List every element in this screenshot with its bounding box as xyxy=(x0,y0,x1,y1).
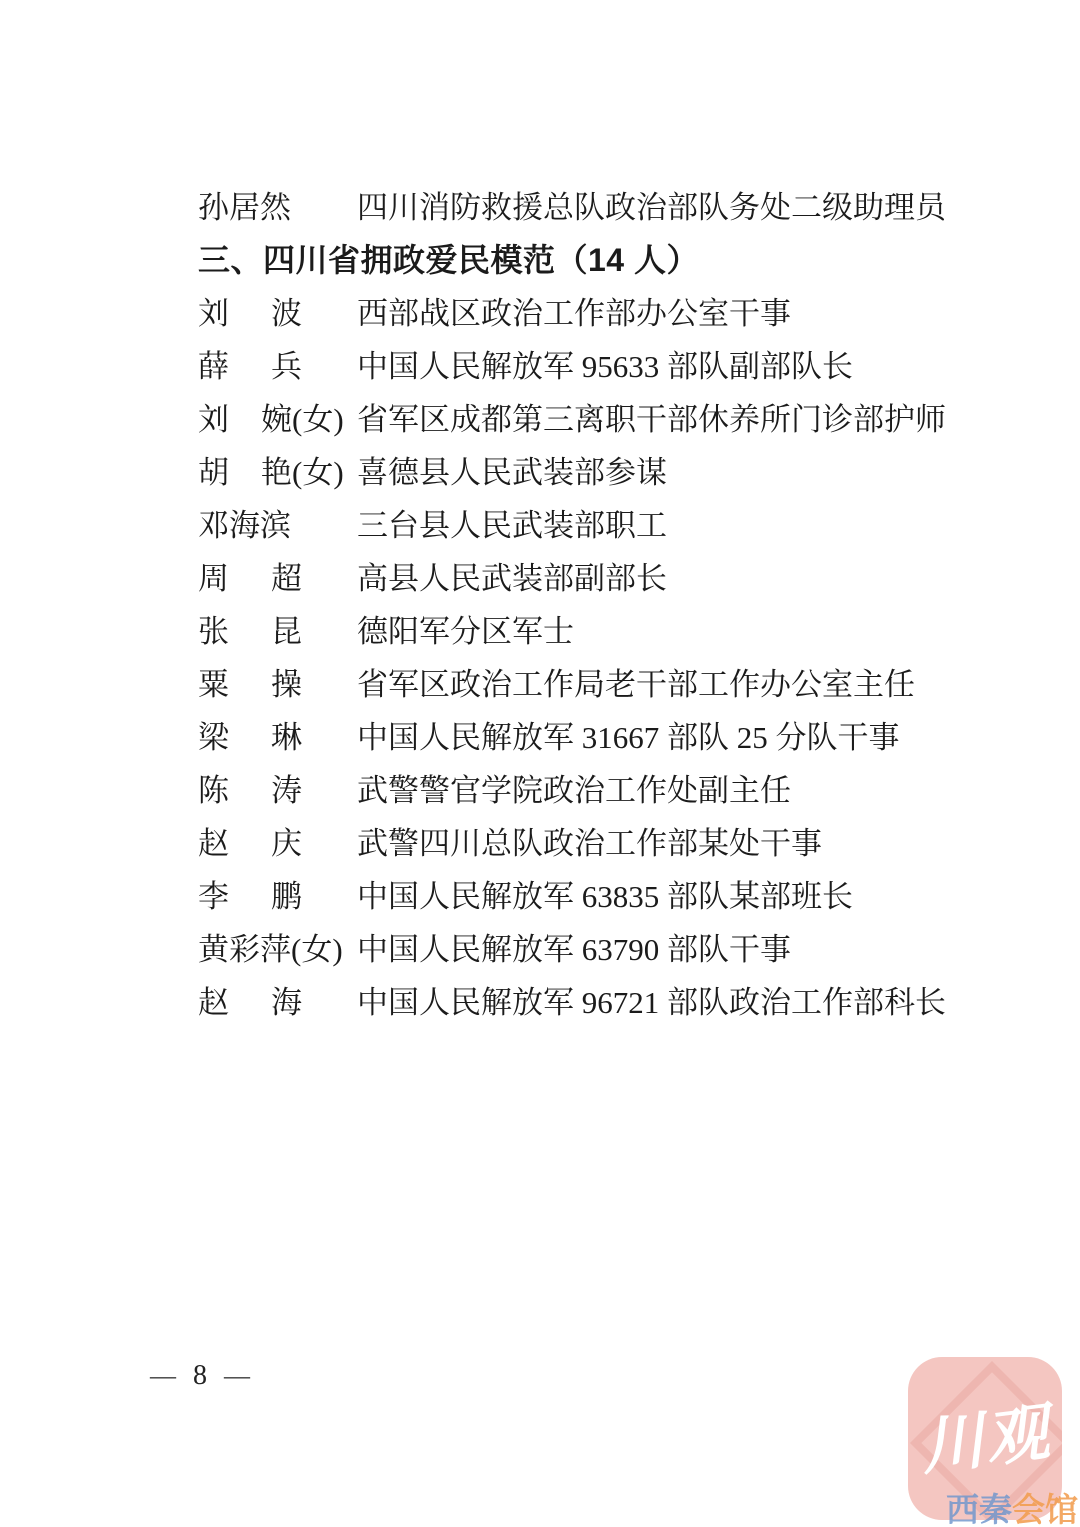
gender-note: (女) xyxy=(292,447,344,492)
person-name: 胡 艳 xyxy=(198,447,292,492)
section-heading-text: 三、四川省拥政爱民模范（14 人） xyxy=(198,235,699,281)
person-title: 中国人民解放军 95633 部队副部队长 xyxy=(357,341,853,386)
footer-dash-right: — xyxy=(224,1361,250,1391)
watermark-text-blue: 西秦 xyxy=(946,1491,1012,1527)
list-item: 孙居然 四川消防救援总队政治部队务处二级助理员 xyxy=(198,178,1040,231)
person-name: 粟 操 xyxy=(198,659,302,704)
person-name: 邓海滨 xyxy=(198,500,291,545)
list-item: 邓海滨 三台县人民武装部职工 xyxy=(198,496,1040,549)
person-title: 中国人民解放军 63835 部队某部班长 xyxy=(357,871,853,916)
list-item: 梁 琳 中国人民解放军 31667 部队 25 分队干事 xyxy=(198,708,1040,761)
person-title: 中国人民解放军 96721 部队政治工作部科长 xyxy=(357,977,946,1022)
person-title: 喜德县人民武装部参谋 xyxy=(357,447,667,492)
list-item: 刘 波 西部战区政治工作部办公室干事 xyxy=(198,284,1040,337)
person-title: 中国人民解放军 31667 部队 25 分队干事 xyxy=(357,712,900,757)
section-heading: 三、四川省拥政爱民模范（14 人） xyxy=(198,231,1040,284)
person-name: 李 鹏 xyxy=(198,871,302,916)
person-title: 省军区政治工作局老干部工作办公室主任 xyxy=(357,659,915,704)
person-title: 德阳军分区军士 xyxy=(357,606,574,651)
person-name: 孙居然 xyxy=(198,182,291,227)
person-title: 武警四川总队政治工作部某处干事 xyxy=(357,818,822,863)
document-content: 孙居然 四川消防救援总队政治部队务处二级助理员 三、四川省拥政爱民模范（14 人… xyxy=(198,178,1040,1026)
watermark-text-orange: 会馆 xyxy=(1012,1491,1078,1527)
person-title: 中国人民解放军 63790 部队干事 xyxy=(357,924,791,969)
list-item: 刘 婉(女) 省军区成都第三离职干部休养所门诊部护师 xyxy=(198,390,1040,443)
list-item: 黄彩萍(女) 中国人民解放军 63790 部队干事 xyxy=(198,920,1040,973)
person-name: 刘 婉 xyxy=(198,394,292,439)
list-item: 赵 海 中国人民解放军 96721 部队政治工作部科长 xyxy=(198,973,1040,1026)
person-title: 高县人民武装部副部长 xyxy=(357,553,667,598)
document-page: 孙居然 四川消防救援总队政治部队务处二级助理员 三、四川省拥政爱民模范（14 人… xyxy=(0,0,1080,1527)
list-item: 粟 操 省军区政治工作局老干部工作办公室主任 xyxy=(198,655,1040,708)
person-name: 张 昆 xyxy=(198,606,302,651)
person-name: 刘 波 xyxy=(198,288,302,333)
person-title: 四川消防救援总队政治部队务处二级助理员 xyxy=(357,182,946,227)
xiqin-huiguan-watermark: 西秦会馆 xyxy=(946,1484,1078,1527)
footer-dash-left: — xyxy=(150,1361,176,1391)
gender-note: (女) xyxy=(291,924,343,969)
chuanguan-logo-text: 川观 xyxy=(908,1380,1062,1489)
person-name: 赵 庆 xyxy=(198,818,302,863)
page-number: 8 xyxy=(193,1360,207,1392)
list-item: 周 超 高县人民武装部副部长 xyxy=(198,549,1040,602)
person-title: 省军区成都第三离职干部休养所门诊部护师 xyxy=(357,394,946,439)
award-list-main: 刘 波 西部战区政治工作部办公室干事 薛 兵 中国人民解放军 95633 部队副… xyxy=(198,284,1040,1026)
person-title: 西部战区政治工作部办公室干事 xyxy=(357,288,791,333)
person-title: 武警警官学院政治工作处副主任 xyxy=(357,765,791,810)
list-item: 张 昆 德阳军分区军士 xyxy=(198,602,1040,655)
person-name: 赵 海 xyxy=(198,977,302,1022)
list-item: 李 鹏 中国人民解放军 63835 部队某部班长 xyxy=(198,867,1040,920)
list-item: 赵 庆 武警四川总队政治工作部某处干事 xyxy=(198,814,1040,867)
person-name: 陈 涛 xyxy=(198,765,302,810)
person-title: 三台县人民武装部职工 xyxy=(357,500,667,545)
gender-note: (女) xyxy=(292,394,344,439)
person-name: 薛 兵 xyxy=(198,341,302,386)
person-name: 周 超 xyxy=(198,553,302,598)
award-list-top: 孙居然 四川消防救援总队政治部队务处二级助理员 xyxy=(198,178,1040,231)
person-name: 黄彩萍 xyxy=(198,924,291,969)
page-footer: — 8 — xyxy=(150,1360,250,1392)
person-name: 梁 琳 xyxy=(198,712,302,757)
list-item: 胡 艳(女) 喜德县人民武装部参谋 xyxy=(198,443,1040,496)
list-item: 薛 兵 中国人民解放军 95633 部队副部队长 xyxy=(198,337,1040,390)
list-item: 陈 涛 武警警官学院政治工作处副主任 xyxy=(198,761,1040,814)
